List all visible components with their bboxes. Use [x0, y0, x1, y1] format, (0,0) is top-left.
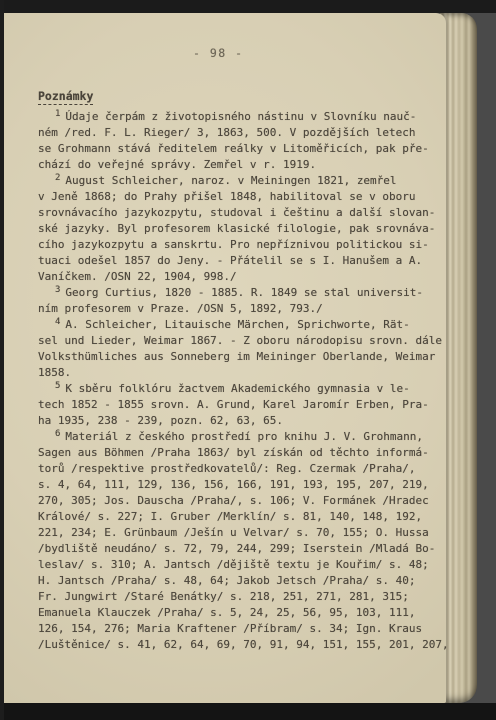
note-line: ha 1935, 238 - 239, pozn. 62, 63, 65.: [38, 413, 462, 429]
note-line: 1858.: [38, 365, 462, 381]
footnote: 6Materiál z českého prostředí pro knihu …: [38, 429, 462, 653]
note-line: Sagen aus Böhmen /Praha 1863/ byl získán…: [38, 445, 462, 461]
note-line: srovnávacího jazykozpytu, studoval i češ…: [38, 205, 462, 221]
note-line: 270, 305; Jos. Dauscha /Praha/, s. 106; …: [38, 493, 462, 509]
scanned-book-photo: - 98 - Poznámky 1Údaje čerpám z životopi…: [0, 0, 496, 720]
footnote: 4A. Schleicher, Litauische Märchen, Spri…: [38, 317, 462, 381]
footnote: 5K sběru folklóru žactvem Akademického g…: [38, 381, 462, 429]
note-line: chází do veřejné správy. Zemřel v r. 191…: [38, 157, 462, 173]
note-line: 2August Schleicher, naroz. v Meiningen 1…: [38, 173, 462, 189]
page-number: - 98 -: [193, 46, 244, 60]
note-line: Vaníčkem. /OSN 22, 1904, 998./: [38, 269, 462, 285]
note-line: Králové/ s. 227; I. Gruber /Merklín/ s. …: [38, 509, 462, 525]
note-line: leslav/ s. 310; A. Jantsch /dějiště text…: [38, 557, 462, 573]
notes-list: 1Údaje čerpám z životopisného nástinu v …: [38, 109, 462, 653]
note-line: ské jazyky. Byl profesorem klasické filo…: [38, 221, 462, 237]
note-line: Volksthümliches aus Sonneberg im Meining…: [38, 349, 462, 365]
photo-top-edge: [0, 0, 496, 13]
note-line: cího jazykozpytu a sanskrtu. Pro nepřízn…: [38, 237, 462, 253]
note-line: /Luštěnice/ s. 41, 62, 64, 69, 70, 91, 9…: [38, 637, 462, 653]
footnote-number: 6: [55, 426, 60, 442]
notes-heading: Poznámky: [38, 89, 93, 105]
footnote-number: 2: [55, 170, 60, 186]
note-line: tech 1852 - 1855 srovn. A. Grund, Karel …: [38, 397, 462, 413]
note-line: torů /respektive prostředkovatelů/: Reg.…: [38, 461, 462, 477]
footnote: 2August Schleicher, naroz. v Meiningen 1…: [38, 173, 462, 285]
note-line: Fr. Jungwirt /Staré Benátky/ s. 218, 251…: [38, 589, 462, 605]
note-line: 126, 154, 276; Maria Kraftener /Příbram/…: [38, 621, 462, 637]
note-line: sel und Lieder, Weimar 1867. - Z oboru n…: [38, 333, 462, 349]
note-line: ném /red. F. L. Rieger/ 3, 1863, 500. V …: [38, 125, 462, 141]
note-line: 5K sběru folklóru žactvem Akademického g…: [38, 381, 462, 397]
note-line: /bydliště neudáno/ s. 72, 79, 244, 299; …: [38, 541, 462, 557]
note-line: 6Materiál z českého prostředí pro knihu …: [38, 429, 462, 445]
note-line: se Grohmann stává ředitelem reálky v Lit…: [38, 141, 462, 157]
photo-left-edge: [0, 0, 4, 720]
note-line: Emanuela Klauczek /Praha/ s. 5, 24, 25, …: [38, 605, 462, 621]
note-line: 3Georg Curtius, 1820 - 1885. R. 1849 se …: [38, 285, 462, 301]
footnote-number: 3: [55, 282, 60, 298]
footnote-number: 1: [55, 106, 60, 122]
footnote: 3Georg Curtius, 1820 - 1885. R. 1849 se …: [38, 285, 462, 317]
note-line: 4A. Schleicher, Litauische Märchen, Spri…: [38, 317, 462, 333]
note-line: v Jeně 1868; do Prahy přišel 1848, habil…: [38, 189, 462, 205]
book-page: - 98 - Poznámky 1Údaje čerpám z životopi…: [4, 13, 446, 703]
note-line: ním profesorem v Praze. /OSN 5, 1892, 79…: [38, 301, 462, 317]
note-line: 1Údaje čerpám z životopisného nástinu v …: [38, 109, 462, 125]
note-line: H. Jantsch /Praha/ s. 48, 64; Jakob Jets…: [38, 573, 462, 589]
footnote-number: 5: [55, 378, 60, 394]
note-line: tuaci odešel 1857 do Jeny. - Přátelil se…: [38, 253, 462, 269]
note-line: 221, 234; E. Grünbaum /Ješín u Velvar/ s…: [38, 525, 462, 541]
note-line: s. 4, 64, 111, 129, 136, 156, 166, 191, …: [38, 477, 462, 493]
footnote-number: 4: [55, 314, 60, 330]
photo-bottom-edge: [0, 703, 496, 720]
footnote: 1Údaje čerpám z životopisného nástinu v …: [38, 109, 462, 173]
